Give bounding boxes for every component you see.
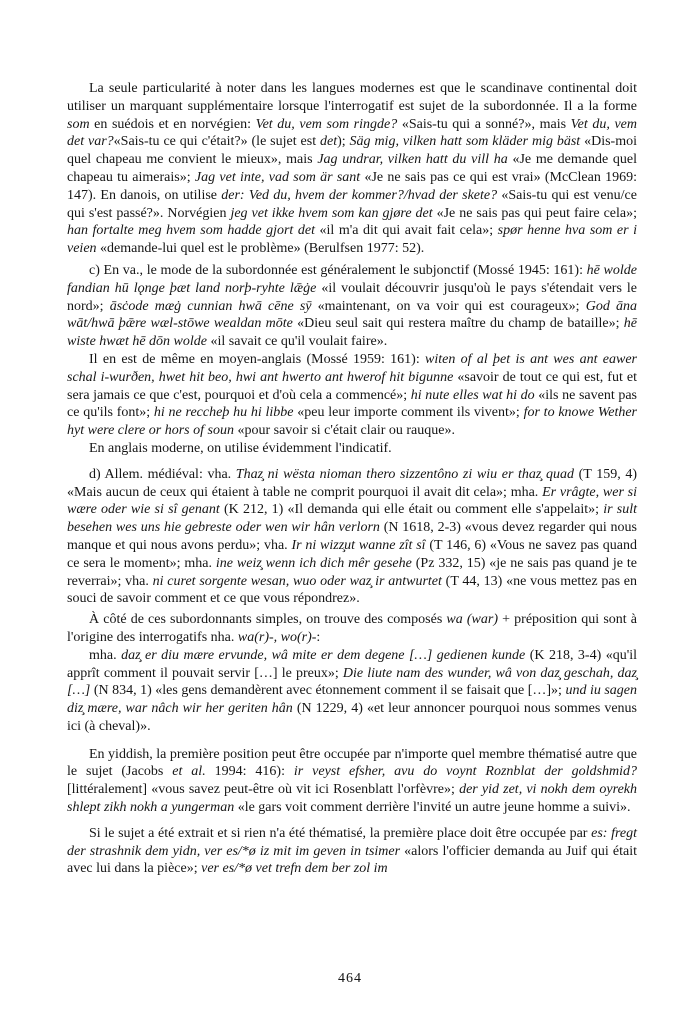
para-sujet-extrait: Si le sujet a été extrait et si rien n'a… bbox=[67, 825, 637, 878]
body-text: Si le sujet a été extrait et si rien n'a… bbox=[89, 826, 591, 841]
example-text-italic: Thaz̧ ni wësta nioman thero sizzentôno z… bbox=[236, 467, 574, 482]
body-text: (N 834, 1) «les gens demandèrent avec ét… bbox=[90, 683, 565, 698]
body-text: La seule particularité à noter dans les … bbox=[67, 81, 637, 114]
body-text: «pour savoir si c'était clair ou rauque»… bbox=[234, 423, 455, 438]
body-text: «peu leur importe comment ils vivent»; bbox=[294, 405, 524, 420]
example-text-italic: der: Ved du, hvem der kommer?/hvad der s… bbox=[221, 188, 497, 203]
body-text: : bbox=[316, 630, 320, 645]
example-text-italic: Ir ni wizz̧ut wanne zît sî bbox=[291, 538, 425, 553]
example-text-italic: wa(r)-, wo(r)- bbox=[238, 630, 317, 645]
para-allemand-medieval: d) Allem. médiéval: vha. Thaz̧ ni wësta … bbox=[67, 466, 637, 608]
page-number: 464 bbox=[0, 971, 700, 987]
para-yiddish: En yiddish, la première position peut êt… bbox=[67, 746, 637, 817]
body-text: en suédois et en norvégien: bbox=[90, 117, 256, 132]
body-text: «le gars voit comment derrière l'invité … bbox=[234, 800, 630, 815]
body-text: (K 212, 1) «Il demanda qui elle était ou… bbox=[220, 502, 603, 517]
example-text-italic: āsċode mæġ cunnian hwā cēne sȳ bbox=[110, 299, 312, 314]
example-text-italic: ni curet sorgente wesan, wuo oder waz̧ i… bbox=[153, 574, 442, 589]
body-text: «il m'a dit qui avait fait cela»; bbox=[315, 223, 498, 238]
para-vieil-anglais: c) En va., le mode de la subordonnée est… bbox=[67, 262, 637, 351]
para-anglais-moderne: En anglais moderne, on utilise évidemmen… bbox=[67, 440, 637, 458]
example-text-italic: Säg mig, vilken hatt som kläder mig bäst bbox=[350, 134, 581, 149]
body-text: «Sais-tu qui a sonné?», mais bbox=[397, 117, 570, 132]
example-text-italic: wa (war) bbox=[446, 612, 498, 627]
body-text: À côté de ces subordonnants simples, on … bbox=[89, 612, 446, 627]
para-scandinave: La seule particularité à noter dans les … bbox=[67, 80, 637, 258]
example-text-italic: han fortalte meg hvem som hadde gjort de… bbox=[67, 223, 315, 238]
example-text-italic: hi nute elles wat hi do bbox=[411, 388, 535, 403]
example-text-italic: ver es/*ø vet trefn dem ber zol im bbox=[201, 861, 388, 876]
body-text: d) Allem. médiéval: vha. bbox=[89, 467, 236, 482]
body-text: «Dieu seul sait qui restera maître du ch… bbox=[293, 316, 624, 331]
body-text: 1994: 416): bbox=[206, 764, 294, 779]
text-block: La seule particularité à noter dans les … bbox=[67, 80, 637, 878]
body-text: Il en est de même en moyen-anglais (Moss… bbox=[89, 352, 425, 367]
body-text: mha. bbox=[89, 648, 121, 663]
example-text-italic: et al. bbox=[172, 764, 205, 779]
body-text: «demande-lui quel est le problème» (Beru… bbox=[97, 241, 425, 256]
body-text: «Sais-tu ce qui c'était?» (le sujet est bbox=[114, 134, 320, 149]
document-page: La seule particularité à noter dans les … bbox=[0, 0, 700, 1028]
body-text: «il savait ce qu'il voulait faire». bbox=[207, 334, 387, 349]
example-text-italic: jeg vet ikke hvem som kan gjøre det bbox=[230, 206, 432, 221]
example-text-italic: Vet du, vem som ringde? bbox=[256, 117, 398, 132]
example-text-italic: daz̧ er diu mære ervunde, wâ mite er dem… bbox=[121, 648, 525, 663]
para-subordonnants-composes: À côté de ces subordonnants simples, on … bbox=[67, 611, 637, 647]
example-text-italic: hi ne reccheþ hu hi libbe bbox=[154, 405, 294, 420]
body-text: En anglais moderne, on utilise évidemmen… bbox=[89, 441, 392, 456]
example-text-italic: det bbox=[320, 134, 337, 149]
example-text-italic: ir veyst efsher, avu do voynt Roznblat d… bbox=[294, 764, 637, 779]
example-text-italic: som bbox=[67, 117, 90, 132]
body-text: c) En va., le mode de la subordonnée est… bbox=[89, 263, 587, 278]
body-text: [littéralement] «vous savez peut-être où… bbox=[67, 782, 459, 797]
para-mha-exemples: mha. daz̧ er diu mære ervunde, wâ mite e… bbox=[67, 647, 637, 736]
example-text-italic: Jag vet inte, vad som är sant bbox=[195, 170, 360, 185]
body-text: ); bbox=[337, 134, 349, 149]
example-text-italic: ine weiz̧ wenn ich dich mêr gesehe bbox=[216, 556, 412, 571]
body-text: «Je ne sais pas qui peut faire cela»; bbox=[433, 206, 637, 221]
body-text: «maintenant, on va voir qui est courageu… bbox=[311, 299, 585, 314]
example-text-italic: Jag undrar, vilken hatt du vill ha bbox=[317, 152, 507, 167]
para-moyen-anglais: Il en est de même en moyen-anglais (Moss… bbox=[67, 351, 637, 440]
